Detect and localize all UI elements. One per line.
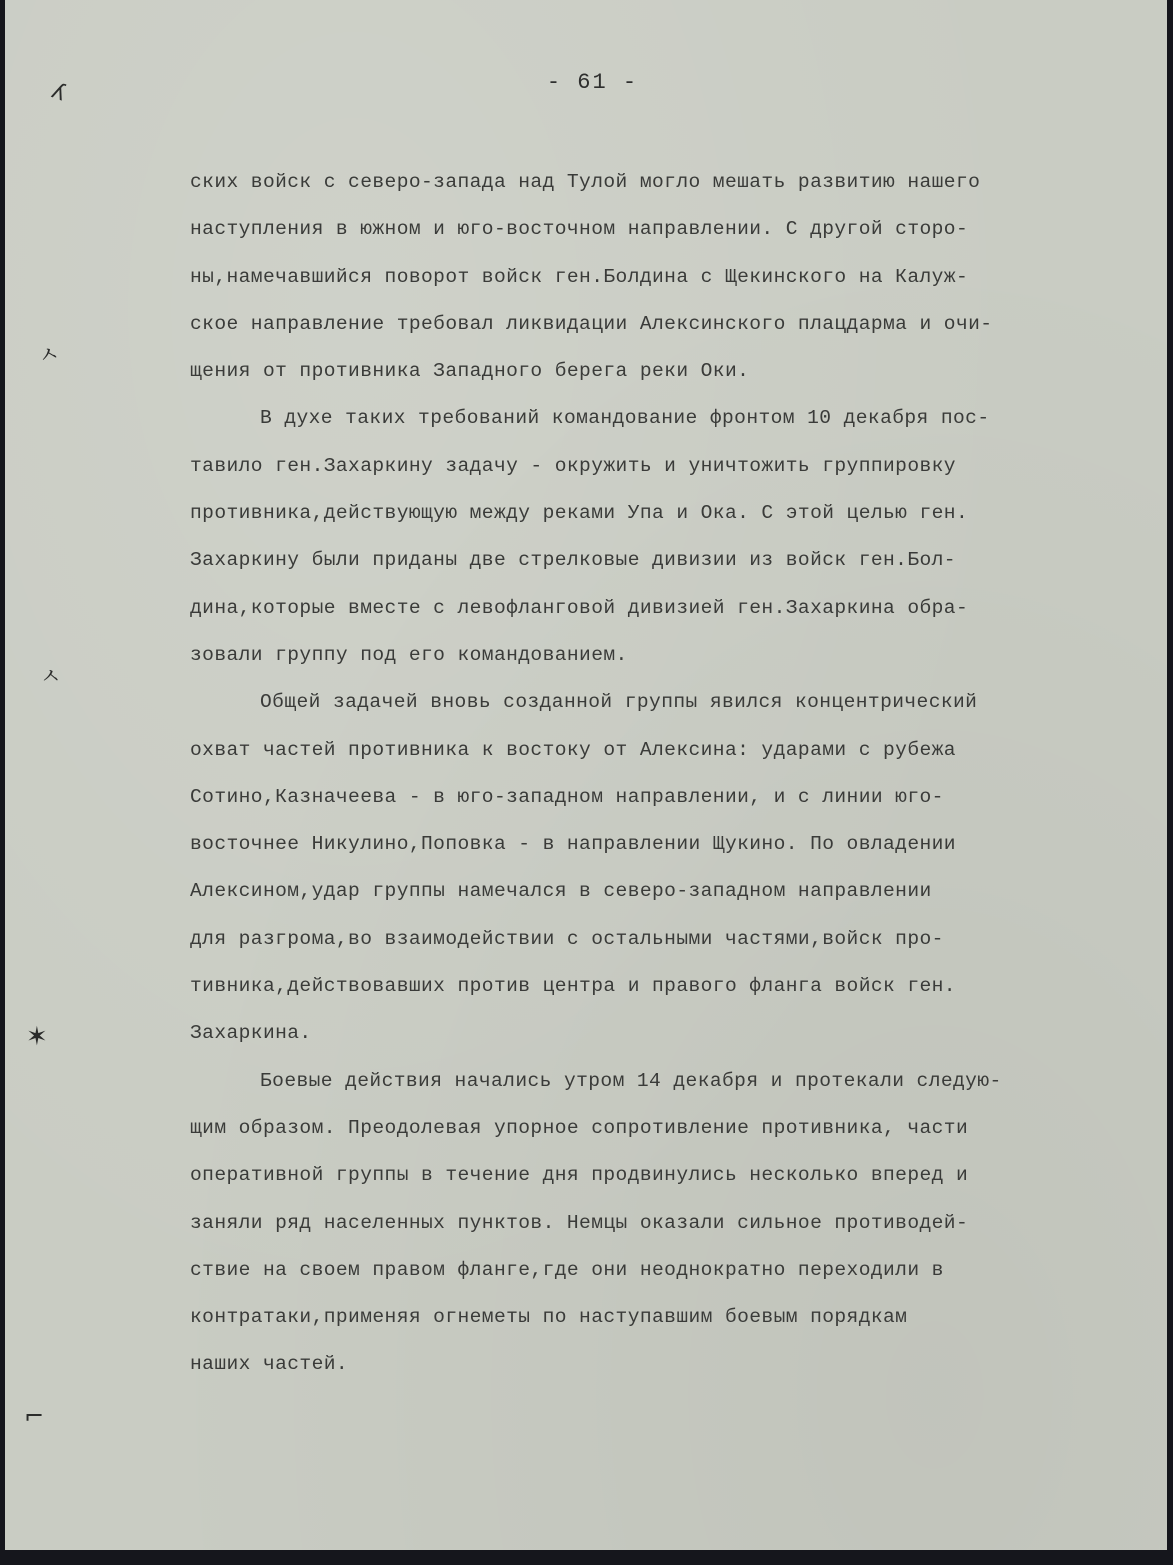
text-line: тавило ген.Захаркину задачу - окружить и… bbox=[190, 446, 1150, 493]
text-line: заняли ряд населенных пунктов. Немцы ока… bbox=[190, 1203, 1150, 1250]
text-line: оперативной группы в течение дня продвин… bbox=[190, 1155, 1150, 1202]
text-line: ствие на своем правом фланге,где они нео… bbox=[190, 1250, 1150, 1297]
text-line: противника,действующую между реками Упа … bbox=[190, 493, 1150, 540]
text-line: щения от противника Западного берега рек… bbox=[190, 351, 1150, 398]
text-line: Сотино,Казначеева - в юго-западном напра… bbox=[190, 777, 1150, 824]
text-line: восточнее Никулино,Поповка - в направлен… bbox=[190, 824, 1150, 871]
binding-hole-mark: ✶ bbox=[26, 1022, 48, 1052]
text-line: щим образом. Преодолевая упорное сопроти… bbox=[190, 1108, 1150, 1155]
text-line: Захаркину были приданы две стрелковые ди… bbox=[190, 540, 1150, 587]
text-line: дина,которые вместе с левофланговой диви… bbox=[190, 588, 1150, 635]
paragraph: ских войск с северо-запада над Тулой мог… bbox=[190, 162, 1150, 398]
text-line: зовали группу под его командованием. bbox=[190, 635, 1150, 682]
text-line: ны,намечавшийся поворот войск ген.Болдин… bbox=[190, 257, 1150, 304]
text-line: наступления в южном и юго-восточном напр… bbox=[190, 209, 1150, 256]
text-line: контратаки,применяя огнеметы по наступав… bbox=[190, 1297, 1150, 1344]
text-line: тивника,действовавших против центра и пр… bbox=[190, 966, 1150, 1013]
text-line: наших частей. bbox=[190, 1344, 1150, 1391]
text-line: Общей задачей вновь созданной группы яви… bbox=[190, 682, 1150, 729]
text-line: охват частей противника к востоку от Але… bbox=[190, 730, 1150, 777]
text-line: ское направление требовал ликвидации Але… bbox=[190, 304, 1150, 351]
paragraph: Общей задачей вновь созданной группы яви… bbox=[190, 682, 1150, 1060]
text-line: для разгрома,во взаимодействии с остальн… bbox=[190, 919, 1150, 966]
page-number: - 61 - bbox=[0, 70, 1173, 95]
binding-hole-mark: ㅅ bbox=[40, 660, 61, 691]
text-line: В духе таких требований командование фро… bbox=[190, 398, 1150, 445]
text-line: Боевые действия начались утром 14 декабр… bbox=[190, 1061, 1150, 1108]
text-line: ских войск с северо-запада над Тулой мог… bbox=[190, 162, 1150, 209]
binding-hole-mark: ⌐ bbox=[24, 1402, 44, 1430]
paragraph: Боевые действия начались утром 14 декабр… bbox=[190, 1061, 1150, 1392]
paragraph: В духе таких требований командование фро… bbox=[190, 398, 1150, 682]
document-body: ских войск с северо-запада над Тулой мог… bbox=[190, 162, 1150, 1392]
text-line: Алексином,удар группы намечался в северо… bbox=[190, 871, 1150, 918]
text-line: Захаркина. bbox=[190, 1013, 1150, 1060]
